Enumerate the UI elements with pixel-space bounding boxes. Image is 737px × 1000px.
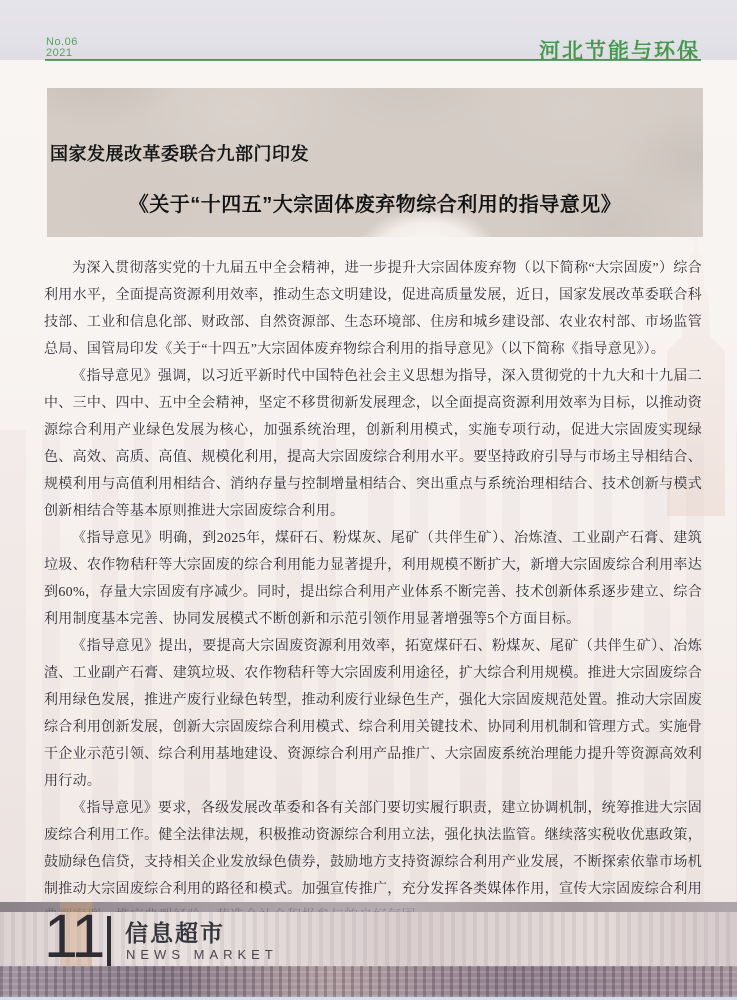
paragraph-1: 为深入贯彻落实党的十九届五中全会精神，进一步提升大宗固体废弃物（以下简称“大宗固…	[44, 255, 702, 363]
header-rule	[45, 59, 701, 61]
paragraph-2: 《指导意见》强调，以习近平新时代中国特色社会主义思想为指导，深入贯彻党的十九大和…	[44, 363, 702, 525]
section-title-en: NEWS MARKET	[126, 947, 278, 962]
footer-top-band	[0, 902, 737, 912]
paragraph-3: 《指导意见》明确，到2025年，煤矸石、粉煤灰、尾矿（共伴生矿）、冶炼渣、工业副…	[44, 525, 702, 633]
section-title: 信息超市	[125, 915, 225, 948]
footer-divider	[107, 916, 111, 966]
article-title-block: 国家发展改革委联合九部门印发 《关于“十四五”大宗固体废弃物综合利用的指导意见》	[47, 88, 703, 237]
issue-info: No.06 2021	[46, 37, 78, 59]
article-kicker: 国家发展改革委联合九部门印发	[50, 140, 309, 166]
footer-cityscape-dark	[0, 966, 737, 997]
magazine-page: No.06 2021 河北节能与环保 国家发展改革委联合九部门印发 《关于“十四…	[0, 0, 737, 1000]
issue-year: 2021	[46, 48, 78, 59]
article-body: 为深入贯彻落实党的十九届五中全会精神，进一步提升大宗固体废弃物（以下简称“大宗固…	[44, 255, 702, 963]
article-title: 《关于“十四五”大宗固体废弃物综合利用的指导意见》	[47, 188, 703, 217]
paragraph-4: 《指导意见》提出，要提高大宗固废资源利用效率，拓宽煤矸石、粉煤灰、尾矿（共伴生矿…	[44, 633, 702, 795]
page-number: 11	[44, 906, 103, 967]
